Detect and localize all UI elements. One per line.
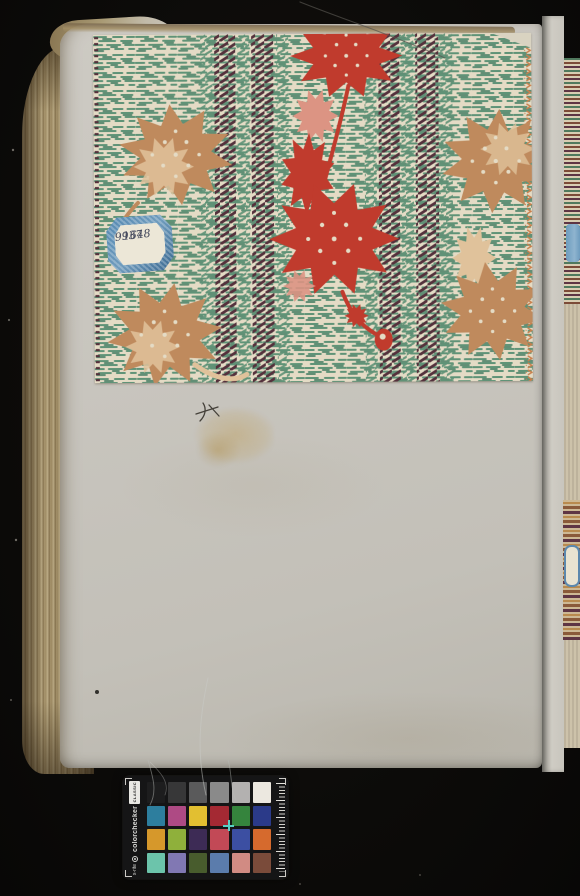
registration-cross-icon — [223, 820, 234, 831]
inventory-label-paper: 9937 1648 — [114, 222, 167, 265]
color-patch — [168, 806, 186, 827]
color-patch — [210, 853, 228, 874]
colorchecker-chart: CLASSIC colorchecker x-rite — [123, 776, 288, 879]
xrite-logo-icon — [132, 856, 138, 862]
photograph: 9937 1648 CLASSIC colorchecker x-rite — [0, 0, 580, 896]
brand-label: x-rite — [132, 864, 138, 875]
color-patch — [232, 806, 250, 827]
color-patch — [189, 853, 207, 874]
color-patch — [168, 829, 186, 850]
color-patch — [147, 829, 165, 850]
color-patch — [168, 782, 186, 803]
glue-stain-small — [196, 432, 240, 468]
color-patch — [147, 853, 165, 874]
color-patch — [210, 829, 228, 850]
dark-speck — [95, 690, 99, 694]
brand-mark: x-rite — [127, 849, 143, 875]
ruler-scale-major-ticks — [276, 783, 285, 872]
color-patch — [253, 853, 271, 874]
product-name-label: colorchecker — [132, 806, 139, 852]
color-patch — [253, 782, 271, 803]
product-name: colorchecker — [126, 806, 144, 852]
color-patch — [210, 782, 228, 803]
color-patch — [189, 829, 207, 850]
color-patch — [168, 853, 186, 874]
color-patch — [189, 782, 207, 803]
textile-swatch — [93, 33, 533, 383]
color-patch — [147, 782, 165, 803]
adjacent-swatch-fragment-top — [564, 58, 580, 304]
color-patch — [147, 806, 165, 827]
color-patch — [232, 782, 250, 803]
color-patch — [232, 853, 250, 874]
classic-edition-badge: CLASSIC — [129, 781, 140, 804]
adjacent-label-fragment-bottom — [564, 545, 580, 587]
inventory-label: 9937 1648 — [105, 214, 175, 274]
color-patch — [253, 829, 271, 850]
color-patch — [253, 806, 271, 827]
color-patch — [232, 829, 250, 850]
next-page-sliver — [542, 16, 564, 772]
edition-label: CLASSIC — [132, 782, 137, 802]
colorchecker-grid — [147, 782, 271, 873]
adjacent-label-fragment-top — [566, 224, 580, 262]
color-patch — [189, 806, 207, 827]
